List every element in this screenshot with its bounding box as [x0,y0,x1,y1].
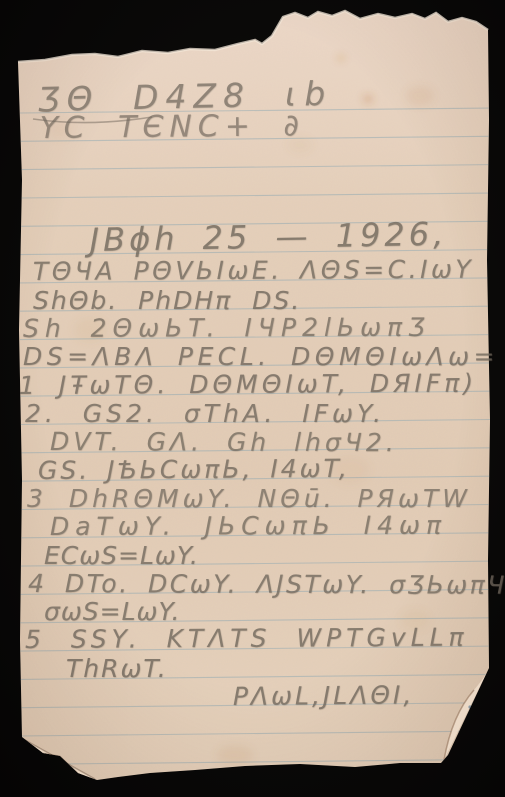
photo-background: ƷΘ D4Z8 ɩb YC TЄNC+ ∂ JBϕh 25 — 1926, TΘ… [0,0,505,797]
paper-sheet [0,0,505,797]
